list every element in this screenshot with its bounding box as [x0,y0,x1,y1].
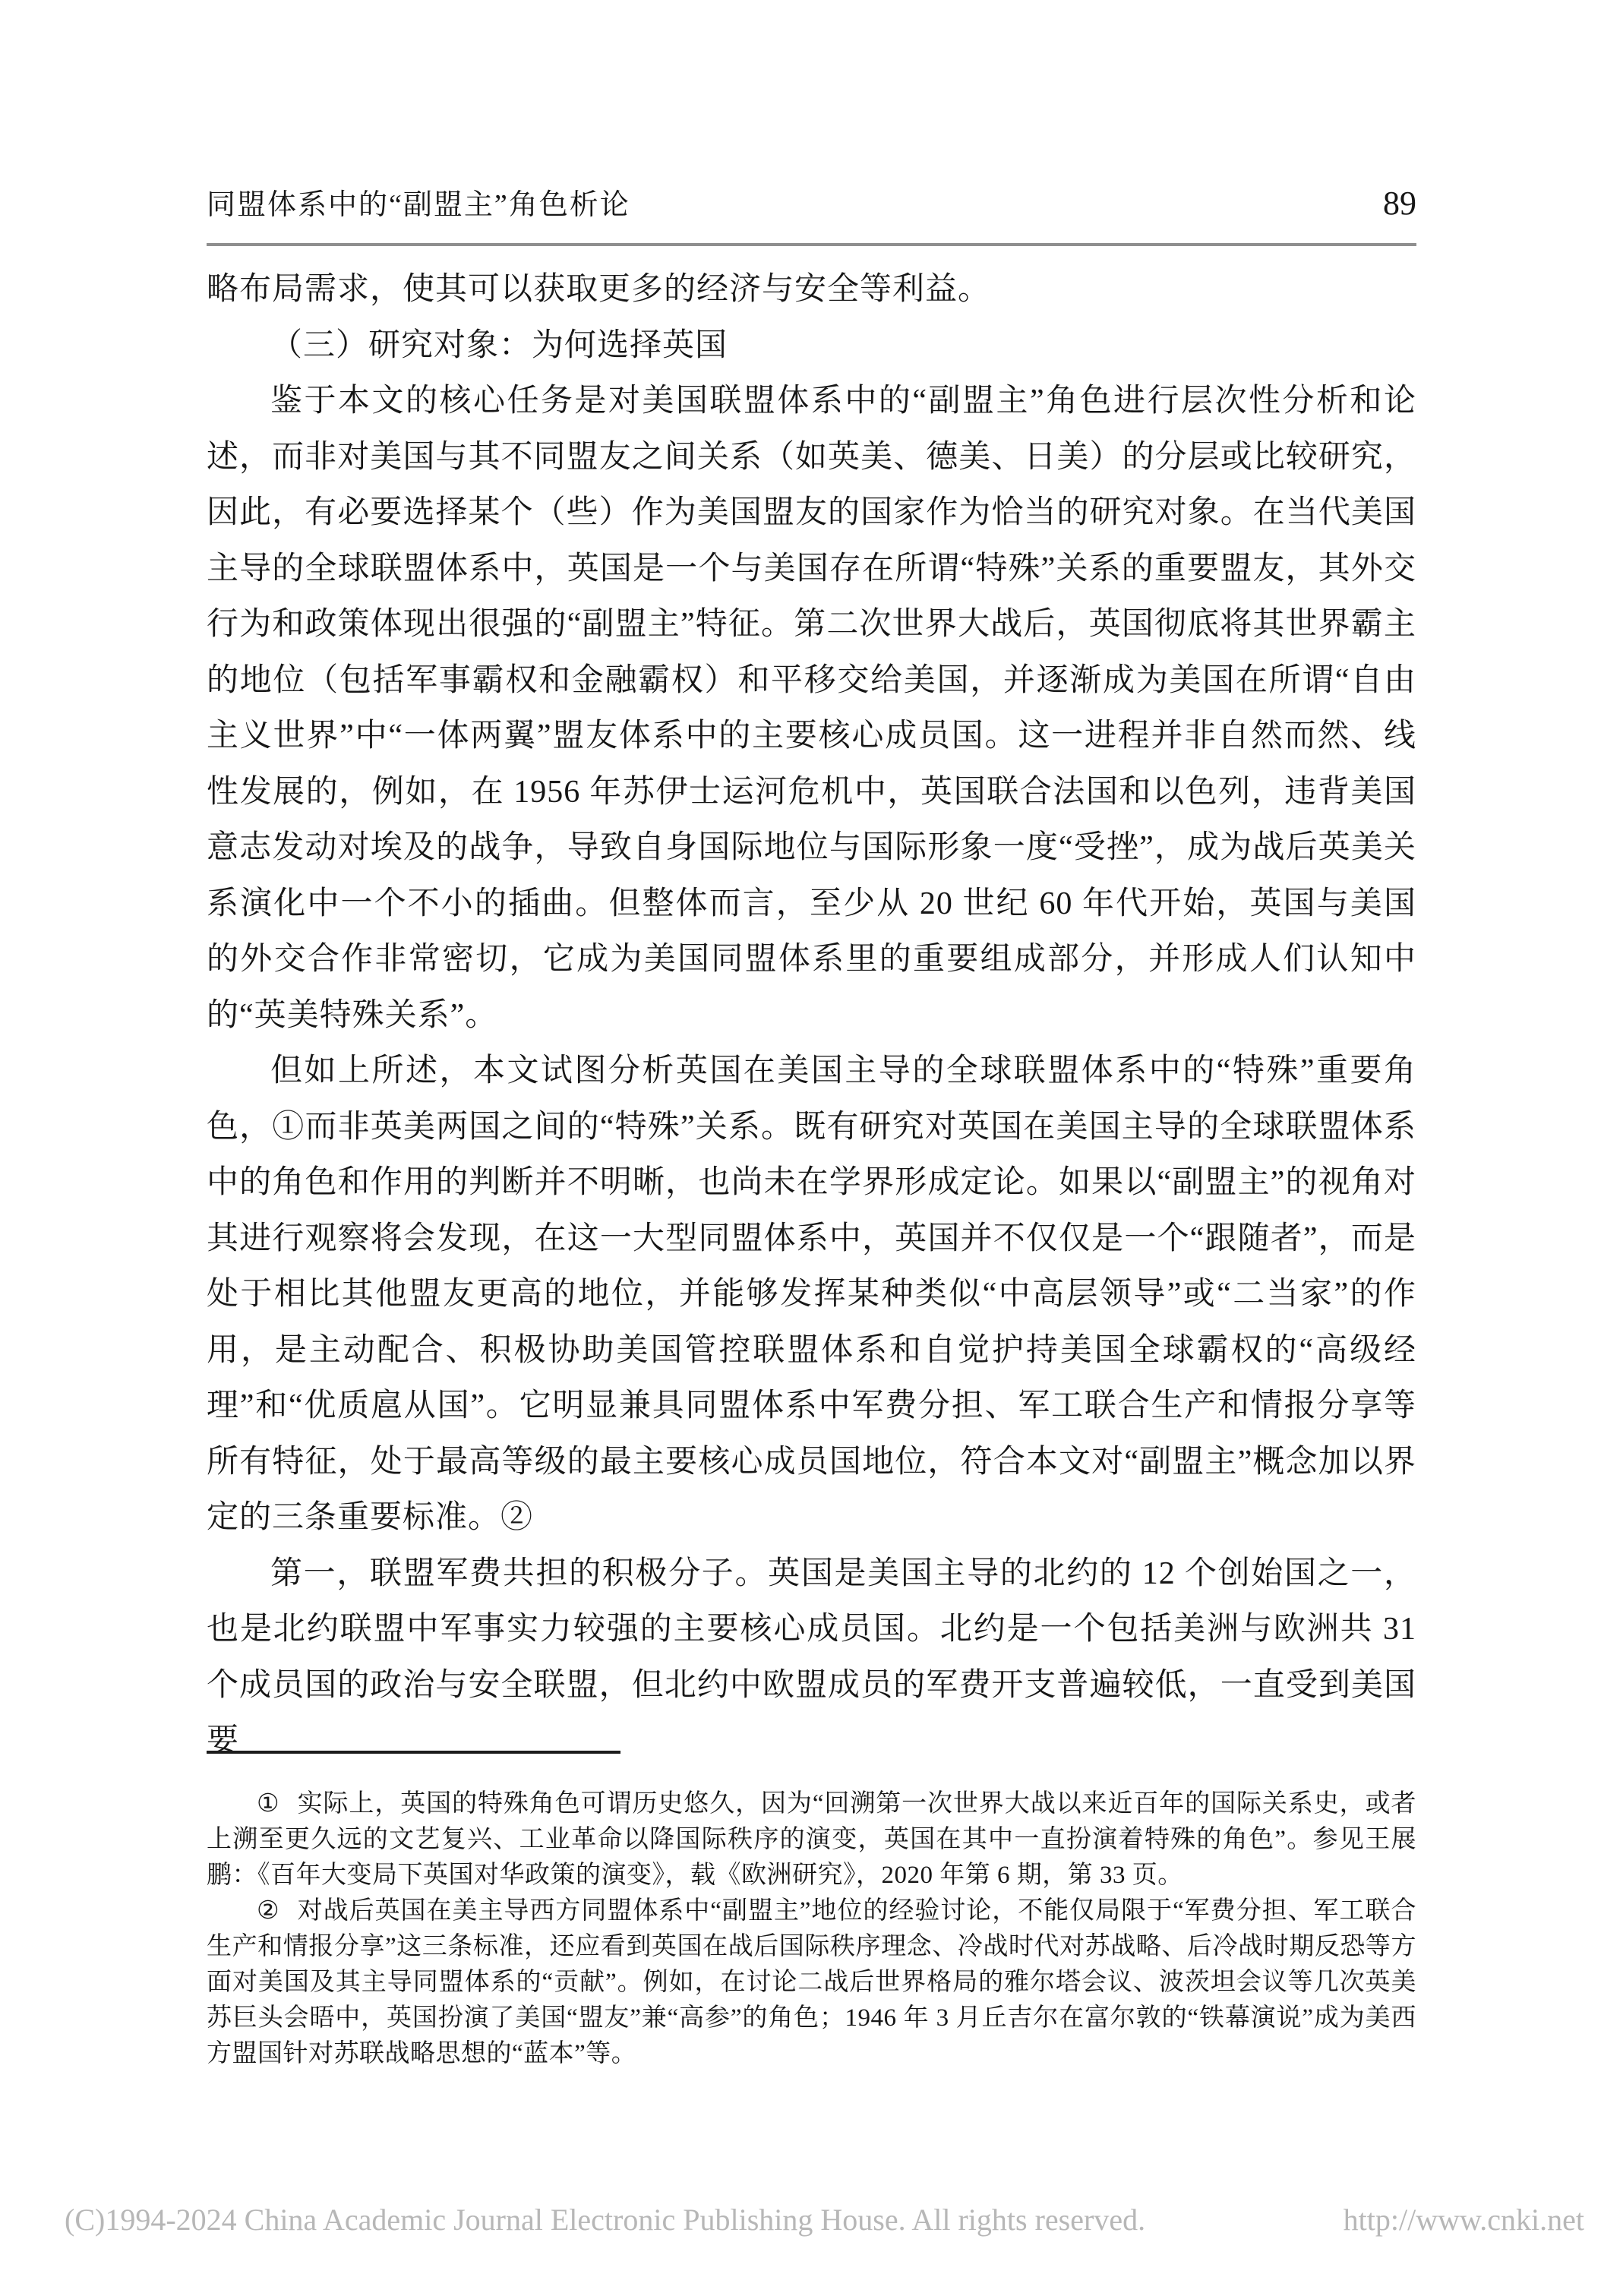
article-body: 略布局需求，使其可以获取更多的经济与安全等利益。 （三）研究对象：为何选择英国 … [207,262,1416,1770]
footnote-text: 对战后英国在美主导西方同盟体系中“副盟主”地位的经验讨论，不能仅局限于“军费分担… [207,1897,1416,2067]
paragraph-continuation: 略布局需求，使其可以获取更多的经济与安全等利益。 [207,262,1416,318]
running-header-title: 同盟体系中的“副盟主”角色析论 [207,188,630,222]
footnote-text: 实际上，英国的特殊角色可谓历史悠久，因为“回溯第一次世界大战以来近百年的国际关系… [207,1790,1416,1889]
header-rule [207,243,1416,246]
paragraph: 但如上所述，本文试图分析英国在美国主导的全球联盟体系中的“特殊”重要角色，①而非… [207,1044,1416,1546]
footnote-marker: ① [257,1790,280,1818]
paragraph: 第一，联盟军费共担的积极分子。英国是美国主导的北约的 12 个创始国之一，也是北… [207,1546,1416,1770]
page-number: 89 [1383,185,1416,222]
scanned-paper-page: 同盟体系中的“副盟主”角色析论 89 略布局需求，使其可以获取更多的经济与安全等… [0,0,1623,2296]
footnote-separator [207,1751,620,1754]
footnote: ②对战后英国在美主导西方同盟体系中“副盟主”地位的经验讨论，不能仅局限于“军费分… [207,1893,1416,2072]
cnki-url: http://www.cnki.net [1344,2203,1584,2238]
footnote-marker: ② [257,1897,280,1925]
cnki-watermark-footer: (C)1994-2024 China Academic Journal Elec… [65,2203,1584,2238]
copyright-text: (C)1994-2024 China Academic Journal Elec… [65,2203,1145,2238]
footnotes-block: ①实际上，英国的特殊角色可谓历史悠久，因为“回溯第一次世界大战以来近百年的国际关… [207,1786,1416,2072]
paragraph: 鉴于本文的核心任务是对美国联盟体系中的“副盟主”角色进行层次性分析和论述，而非对… [207,374,1416,1044]
footnote: ①实际上，英国的特殊角色可谓历史悠久，因为“回溯第一次世界大战以来近百年的国际关… [207,1786,1416,1893]
section-heading: （三）研究对象：为何选择英国 [207,318,1416,374]
